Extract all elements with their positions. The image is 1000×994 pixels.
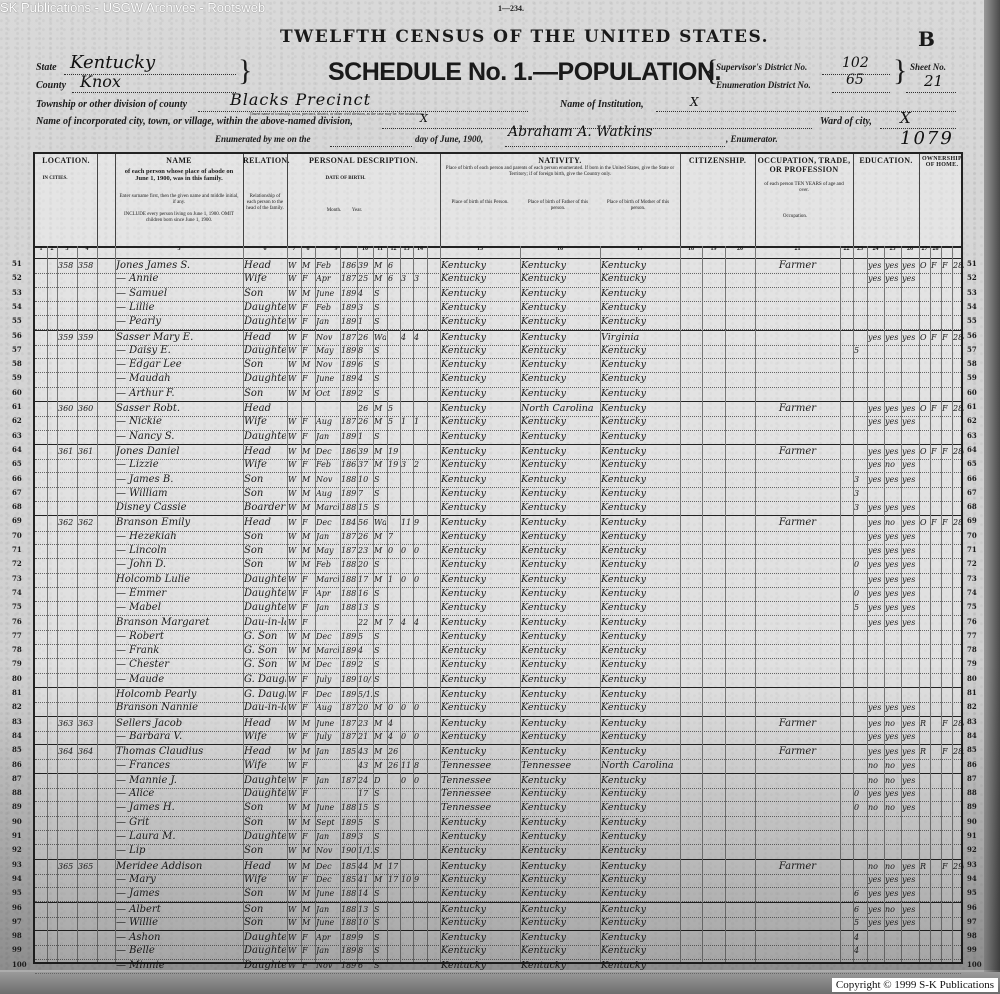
name-note1: Enter surname first, then the given name… xyxy=(119,194,239,206)
stamp-number: 1079 xyxy=(900,128,954,149)
cell-write: yes xyxy=(885,544,900,558)
cell-read xyxy=(868,372,883,386)
cell-dwelling xyxy=(58,473,76,487)
cell-age: 17 xyxy=(358,573,372,587)
cell-mother-of xyxy=(401,745,412,759)
cell-family xyxy=(78,844,96,858)
cell-father-birth: Kentucky xyxy=(521,445,599,459)
cell-read: yes xyxy=(868,616,883,630)
cell-family xyxy=(78,730,96,744)
line-number-left: 84 xyxy=(12,731,22,740)
cell-marital: M xyxy=(374,759,386,773)
cell-dwelling xyxy=(58,630,76,644)
cell-school: 4 xyxy=(854,931,866,945)
cell-color xyxy=(288,402,300,416)
line-number-right: 77 xyxy=(967,631,977,640)
cell-english: yes xyxy=(902,887,918,901)
cell-mother-birth: Kentucky xyxy=(601,573,679,587)
cell-schedule: 285 xyxy=(953,402,964,416)
column-number: 20 xyxy=(725,246,755,252)
cell-farm xyxy=(942,658,951,672)
cell-living: 0 xyxy=(414,573,426,587)
cell-write: yes xyxy=(885,787,900,801)
cell-yrs-married xyxy=(388,315,399,329)
cell-relation: Head xyxy=(244,331,286,345)
cell-mother-birth: Kentucky xyxy=(601,415,679,429)
cell-mother-birth: Kentucky xyxy=(601,601,679,615)
cell-free xyxy=(931,644,940,658)
cell-name: Branson Margaret xyxy=(116,616,242,630)
cell-mother-of xyxy=(401,931,412,945)
cell-year: 1874 xyxy=(341,530,356,544)
cell-dwelling xyxy=(58,644,76,658)
cell-english: yes xyxy=(902,774,918,788)
cell-month: June xyxy=(316,916,339,930)
cell-occupation xyxy=(756,816,839,830)
cell-write xyxy=(885,830,900,844)
cell-write: yes xyxy=(885,573,900,587)
sheet-value: 21 xyxy=(924,72,943,90)
cell-relation: Son xyxy=(244,844,286,858)
cell-write: yes xyxy=(885,745,900,759)
line-number-left: 70 xyxy=(12,531,22,540)
cell-color: W xyxy=(288,587,300,601)
cell-owned xyxy=(920,387,929,401)
cell-schedule xyxy=(953,473,964,487)
cell-birth: Kentucky xyxy=(441,344,519,358)
cell-name: — Laura M. xyxy=(116,830,242,844)
cell-farm xyxy=(942,430,951,444)
cell-read: yes xyxy=(868,701,883,715)
cell-yrs-married xyxy=(388,558,399,572)
line-number-right: 68 xyxy=(967,502,977,511)
col-divider xyxy=(941,246,942,962)
enumerated-mid: day of June, 1900, xyxy=(415,134,483,144)
cell-year: 1884 xyxy=(341,587,356,601)
cell-dwelling: 364 xyxy=(58,745,76,759)
cell-name: — Chester xyxy=(116,658,242,672)
column-number: 26 xyxy=(901,246,919,252)
cell-school xyxy=(854,530,866,544)
cell-year: 1892 xyxy=(341,344,356,358)
cell-sex: M xyxy=(302,644,314,658)
cell-marital: S xyxy=(374,372,386,386)
cell-marital: S xyxy=(374,931,386,945)
cell-farm: F xyxy=(942,860,951,874)
cell-sex: F xyxy=(302,787,314,801)
cell-sex: F xyxy=(302,830,314,844)
line-number-left: 77 xyxy=(12,631,22,640)
cell-living xyxy=(414,445,426,459)
cell-color: W xyxy=(288,616,300,630)
col-divider xyxy=(387,246,388,962)
cell-mother-birth: Kentucky xyxy=(601,473,679,487)
cell-mother-birth: Kentucky xyxy=(601,458,679,472)
line-number-right: 57 xyxy=(967,345,977,354)
cell-owned xyxy=(920,644,929,658)
cell-name: — James B. xyxy=(116,473,242,487)
cell-birth: Kentucky xyxy=(441,387,519,401)
line-number-left: 67 xyxy=(12,488,22,497)
cell-relation: Son xyxy=(244,387,286,401)
birth-father-header: Place of birth of Father of this person. xyxy=(523,200,593,212)
cell-sex: F xyxy=(302,959,314,973)
cell-free xyxy=(931,873,940,887)
col-divider xyxy=(520,246,521,962)
cell-school: 4 xyxy=(854,944,866,958)
cell-occupation xyxy=(756,587,839,601)
cell-color: W xyxy=(288,717,300,731)
cell-schedule xyxy=(953,916,964,930)
cell-owned xyxy=(920,673,929,687)
cell-dwelling xyxy=(58,616,76,630)
cell-living xyxy=(414,372,426,386)
line-number-right: 95 xyxy=(967,888,977,897)
cell-free: F xyxy=(931,402,940,416)
cell-year: 1861 xyxy=(341,259,356,273)
cell-relation: Head xyxy=(244,745,286,759)
cell-month: Dec xyxy=(316,658,339,672)
cell-family xyxy=(78,573,96,587)
cell-name: — Ashon xyxy=(116,931,242,945)
cell-birth: Kentucky xyxy=(441,272,519,286)
cell-english: yes xyxy=(902,558,918,572)
cell-owned: R xyxy=(920,860,929,874)
cell-school xyxy=(854,873,866,887)
cell-mother-birth: Kentucky xyxy=(601,387,679,401)
cell-read: no xyxy=(868,759,883,773)
line-number-right: 78 xyxy=(967,645,977,654)
cell-birth: Tennessee xyxy=(441,787,519,801)
cell-birth: Kentucky xyxy=(441,658,519,672)
cell-mother-of xyxy=(401,916,412,930)
cell-write xyxy=(885,430,900,444)
cell-father-birth: Kentucky xyxy=(521,530,599,544)
cell-schedule xyxy=(953,774,964,788)
cell-write: no xyxy=(885,458,900,472)
cell-owned xyxy=(920,931,929,945)
cell-sex: F xyxy=(302,944,314,958)
cell-color: W xyxy=(288,644,300,658)
cell-mother-of xyxy=(401,487,412,501)
cell-birth: Kentucky xyxy=(441,673,519,687)
cell-schedule xyxy=(953,903,964,917)
cell-color: W xyxy=(288,916,300,930)
cell-write: yes xyxy=(885,616,900,630)
cell-free xyxy=(931,701,940,715)
cell-relation: Head xyxy=(244,445,286,459)
table-row: Branson NannieDau-in-lawWFAug187920M000K… xyxy=(35,701,961,716)
line-number-left: 68 xyxy=(12,502,22,511)
cell-write xyxy=(885,287,900,301)
cell-free: F xyxy=(931,331,940,345)
cell-free xyxy=(931,844,940,858)
cell-school xyxy=(854,402,866,416)
cell-relation: Wife xyxy=(244,759,286,773)
cell-schedule xyxy=(953,816,964,830)
cell-school xyxy=(854,860,866,874)
cell-write: yes xyxy=(885,272,900,286)
cell-family: 365 xyxy=(78,860,96,874)
cell-free xyxy=(931,287,940,301)
cell-free xyxy=(931,801,940,815)
cell-living xyxy=(414,903,426,917)
cell-occupation xyxy=(756,801,839,815)
cell-month xyxy=(316,759,339,773)
cell-free xyxy=(931,916,940,930)
schedule-title: SCHEDULE No. 1.—POPULATION. xyxy=(328,58,721,87)
cell-month: March xyxy=(316,573,339,587)
cell-birth: Kentucky xyxy=(441,745,519,759)
cell-sex: M xyxy=(302,717,314,731)
cell-relation: Daughter xyxy=(244,301,286,315)
line-number-left: 59 xyxy=(12,373,22,382)
cell-write xyxy=(885,630,900,644)
line-number-left: 82 xyxy=(12,702,22,711)
cell-english: yes xyxy=(902,801,918,815)
cell-farm xyxy=(942,544,951,558)
cell-schedule xyxy=(953,587,964,601)
line-number-right: 72 xyxy=(967,559,977,568)
township-label: Township or other division of county xyxy=(36,99,187,110)
cell-read: yes xyxy=(868,558,883,572)
cell-school xyxy=(854,430,866,444)
cell-year: 1897 xyxy=(341,658,356,672)
cell-age: 13 xyxy=(358,601,372,615)
cell-dwelling: 363 xyxy=(58,717,76,731)
cell-father-birth: Kentucky xyxy=(521,887,599,901)
cell-year xyxy=(341,616,356,630)
group-name: NAME xyxy=(115,156,243,165)
cell-family xyxy=(78,430,96,444)
cell-write: yes xyxy=(885,730,900,744)
cell-read xyxy=(868,816,883,830)
cell-sex: M xyxy=(302,801,314,815)
table-row: — Barbara V.WifeWFJuly187821M400Kentucky… xyxy=(35,730,961,745)
cell-family xyxy=(78,587,96,601)
cell-year: 1895 xyxy=(341,287,356,301)
cell-school xyxy=(854,573,866,587)
cell-year: 1896 xyxy=(341,644,356,658)
line-number-left: 74 xyxy=(12,588,22,597)
line-number-right: 97 xyxy=(967,917,977,926)
cell-dwelling xyxy=(58,887,76,901)
cell-schedule xyxy=(953,287,964,301)
line-number-right: 71 xyxy=(967,545,977,554)
cell-farm xyxy=(942,387,951,401)
cell-occupation xyxy=(756,903,839,917)
cell-school: 5 xyxy=(854,916,866,930)
table-row: — Daisy E.DaughterWFMay18928SKentuckyKen… xyxy=(35,344,961,359)
cell-living xyxy=(414,558,426,572)
cell-read: yes xyxy=(868,873,883,887)
cell-schedule xyxy=(953,787,964,801)
cell-free xyxy=(931,959,940,973)
line-number-right: 51 xyxy=(967,259,977,268)
cell-relation: Dau-in-law xyxy=(244,701,286,715)
cell-read xyxy=(868,358,883,372)
name-note2: INCLUDE every person living on June 1, 1… xyxy=(119,212,239,224)
cell-yrs-married xyxy=(388,830,399,844)
cell-family xyxy=(78,688,96,702)
cell-father-birth: Kentucky xyxy=(521,630,599,644)
cell-yrs-married: 19 xyxy=(388,445,399,459)
cell-dwelling xyxy=(58,272,76,286)
cell-year: 1877 xyxy=(341,544,356,558)
cell-occupation xyxy=(756,415,839,429)
cell-relation: Daughter xyxy=(244,830,286,844)
cell-father-birth: Kentucky xyxy=(521,816,599,830)
cell-yrs-married: 0 xyxy=(388,544,399,558)
cell-schedule xyxy=(953,430,964,444)
cell-birth: Kentucky xyxy=(441,501,519,515)
cell-schedule xyxy=(953,301,964,315)
table-row: — MabelDaughterWFJan188713SKentuckyKentu… xyxy=(35,601,961,616)
cell-write: no xyxy=(885,516,900,530)
line-number-left: 58 xyxy=(12,359,22,368)
cell-month: Feb xyxy=(316,259,339,273)
cell-mother-of xyxy=(401,903,412,917)
cell-write: yes xyxy=(885,873,900,887)
cell-age: 14 xyxy=(358,887,372,901)
cell-mother-of: 1 xyxy=(401,415,412,429)
cell-name: Meridee Addison xyxy=(116,860,242,874)
cell-sex: F xyxy=(302,516,314,530)
cell-occupation xyxy=(756,331,839,345)
cell-year: 1883 xyxy=(341,573,356,587)
cell-farm xyxy=(942,673,951,687)
cell-mother-of xyxy=(401,601,412,615)
cell-dwelling xyxy=(58,688,76,702)
cell-living xyxy=(414,673,426,687)
cell-color: W xyxy=(288,701,300,715)
cell-age: 3 xyxy=(358,830,372,844)
cell-english xyxy=(902,630,918,644)
cell-year: 1843 xyxy=(341,516,356,530)
cell-marital: M xyxy=(374,730,386,744)
cell-relation: Wife xyxy=(244,415,286,429)
cell-dwelling xyxy=(58,573,76,587)
cell-schedule xyxy=(953,458,964,472)
cell-farm xyxy=(942,372,951,386)
table-row: — LipSonWMNov19001/12SKentuckyKentuckyKe… xyxy=(35,844,961,859)
cell-mother-birth: Kentucky xyxy=(601,801,679,815)
cell-school xyxy=(854,287,866,301)
col-divider xyxy=(427,246,428,962)
cell-father-birth: Kentucky xyxy=(521,688,599,702)
cell-year: 1889 xyxy=(341,473,356,487)
cell-sex: M xyxy=(302,387,314,401)
county-value: Knox xyxy=(80,72,121,91)
line-number-left: 64 xyxy=(12,445,22,454)
cell-relation: Daughter xyxy=(244,344,286,358)
cell-read xyxy=(868,287,883,301)
line-number-right: 53 xyxy=(967,288,977,297)
cell-year xyxy=(341,759,356,773)
cell-father-birth: Kentucky xyxy=(521,903,599,917)
cell-yrs-married xyxy=(388,816,399,830)
cell-farm xyxy=(942,730,951,744)
cell-free xyxy=(931,816,940,830)
cell-living xyxy=(414,801,426,815)
cell-write: yes xyxy=(885,402,900,416)
cell-mother-of: 3 xyxy=(401,272,412,286)
cell-relation: Boarder xyxy=(244,501,286,515)
cell-year: 1880 xyxy=(341,558,356,572)
cell-school: 0 xyxy=(854,787,866,801)
cell-year: 1899 xyxy=(341,673,356,687)
cell-sex: M xyxy=(302,501,314,515)
col-divider xyxy=(357,246,358,962)
cell-yrs-married xyxy=(388,887,399,901)
cell-dwelling xyxy=(58,759,76,773)
cell-yrs-married: 1 xyxy=(388,573,399,587)
cell-owned: R xyxy=(920,717,929,731)
cell-free xyxy=(931,616,940,630)
cell-relation: Son xyxy=(244,287,286,301)
cell-father-birth: Kentucky xyxy=(521,931,599,945)
cell-sex: F xyxy=(302,759,314,773)
cell-school xyxy=(854,844,866,858)
cell-free xyxy=(931,774,940,788)
group-location: LOCATION. xyxy=(35,156,97,165)
cell-relation: Daughter xyxy=(244,931,286,945)
cell-sex: M xyxy=(302,844,314,858)
cell-mother-birth: Kentucky xyxy=(601,745,679,759)
cell-free xyxy=(931,272,940,286)
cell-free xyxy=(931,931,940,945)
cell-english: yes xyxy=(902,415,918,429)
cell-dwelling xyxy=(58,774,76,788)
cell-marital: S xyxy=(374,688,386,702)
cell-english: yes xyxy=(902,544,918,558)
cell-family xyxy=(78,630,96,644)
cell-birth: Kentucky xyxy=(441,558,519,572)
cell-color: W xyxy=(288,673,300,687)
cell-read: yes xyxy=(868,516,883,530)
cell-read xyxy=(868,658,883,672)
line-number-left: 60 xyxy=(12,388,22,397)
cell-relation: Head xyxy=(244,259,286,273)
cell-yrs-married: 7 xyxy=(388,616,399,630)
cell-dwelling xyxy=(58,903,76,917)
cell-age: 16 xyxy=(358,587,372,601)
line-number-left: 94 xyxy=(12,874,22,883)
cell-free xyxy=(931,344,940,358)
cell-free xyxy=(931,558,940,572)
cell-color: W xyxy=(288,301,300,315)
cell-month: Nov xyxy=(316,844,339,858)
cell-year: 1892 xyxy=(341,944,356,958)
cell-sex: F xyxy=(302,573,314,587)
line-number-left: 57 xyxy=(12,345,22,354)
cell-family xyxy=(78,358,96,372)
cell-yrs-married: 6 xyxy=(388,272,399,286)
cell-school xyxy=(854,673,866,687)
col-divider xyxy=(600,246,601,962)
cell-mother-birth: Kentucky xyxy=(601,774,679,788)
cell-farm xyxy=(942,501,951,515)
cell-school xyxy=(854,387,866,401)
table-row: — BelleDaughterWFJan18928SKentuckyKentuc… xyxy=(35,944,961,959)
cell-relation: Son xyxy=(244,801,286,815)
cell-relation: Daughter xyxy=(244,315,286,329)
cell-occupation xyxy=(756,358,839,372)
birth-mother-header: Place of birth of Mother of this person. xyxy=(603,200,673,212)
cell-family xyxy=(78,701,96,715)
cell-month: Aug xyxy=(316,487,339,501)
cell-year: 1879 xyxy=(341,701,356,715)
